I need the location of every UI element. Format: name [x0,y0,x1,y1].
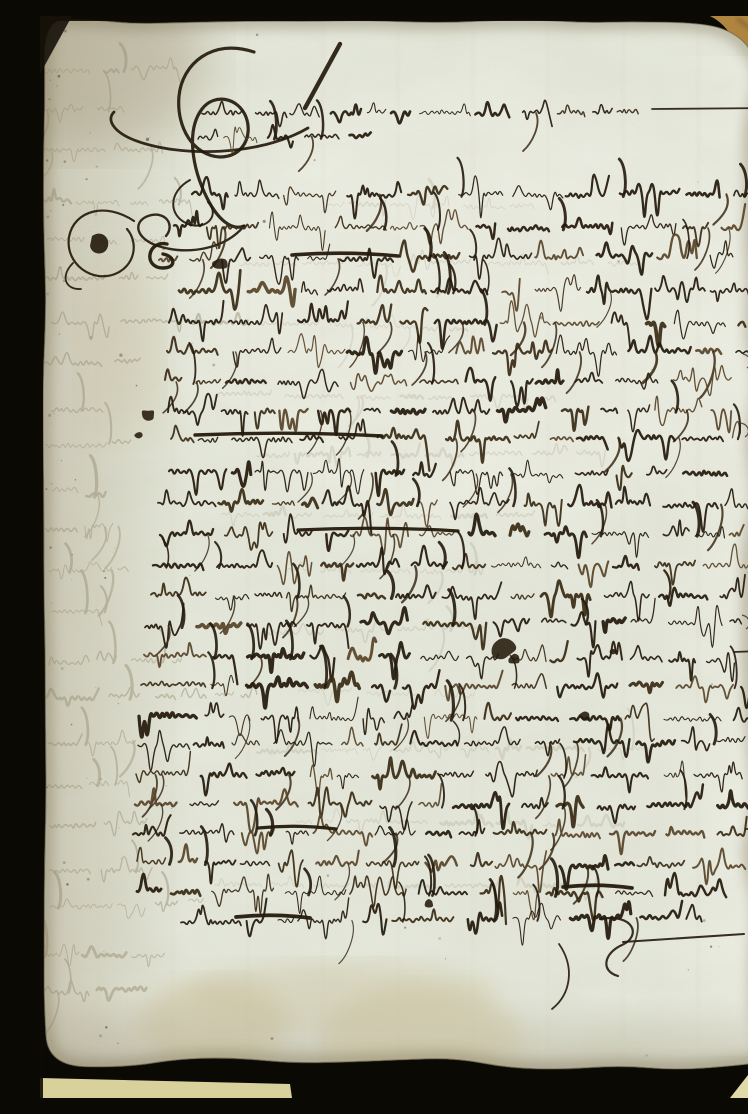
photo-left-edge [40,16,43,1098]
paper-speckle [66,883,69,886]
paper-speckle [71,579,72,580]
paper-speckle [71,724,73,726]
paper-speckle [62,204,64,206]
paper-speckle [263,220,266,223]
paper-speckle [710,946,712,948]
paper-speckle [104,577,106,579]
paper-speckle [136,385,138,387]
paper-speckle [327,874,330,877]
line-end-dash [652,108,748,109]
line-end-dash [734,651,748,652]
paper-speckle [121,858,122,859]
paper-speckle [118,703,119,704]
margin-stain [80,256,160,436]
paper-speckle [64,160,67,163]
paper-speckle [256,33,259,36]
paper-speckle [85,178,87,180]
paper-speckle [87,778,88,779]
paper-speckle [90,336,93,339]
photo-top-edge [40,16,650,21]
paper-speckle [314,159,316,161]
paper-speckle [166,785,168,787]
paraph-blob [90,234,108,254]
paper-speckle [368,567,369,568]
paper-speckle [60,267,61,268]
paper-speckle [210,713,211,714]
paper-speckle [445,958,446,959]
paper-speckle [57,75,60,78]
manuscript-scene [40,16,748,1098]
paper-speckle [617,260,620,263]
paper-speckle [96,165,98,167]
paper-speckle [75,479,77,481]
paper-speckle [61,667,64,670]
paper-speckle [703,919,706,922]
paper-speckle [119,827,120,828]
paper-speckle [87,878,90,881]
paper-inner [40,16,748,1098]
paper-speckle [100,778,102,780]
paper-speckle [114,547,115,548]
paper-speckle [105,1026,107,1028]
paper-speckle [90,231,91,232]
paper-speckle [103,570,105,572]
paper-speckle [99,1034,102,1037]
paper-speckle [59,334,60,335]
paper-speckle [212,364,215,367]
paper-sheet [40,16,748,1098]
paper-speckle [51,483,52,484]
paper-speckle [95,687,96,688]
paper-speckle [61,460,62,461]
paper-speckle [646,1054,648,1056]
manuscript-photo: mil cinq cens,vingtz dix huict apres mid… [40,16,748,1098]
paper-speckle [171,808,172,809]
paper-speckle [688,969,689,970]
paper-speckle [117,1043,118,1044]
paper-speckle [438,937,441,940]
paper-speckle [68,322,69,323]
paper-speckle [697,181,699,183]
paper-speckle [119,354,122,357]
paper-speckle [651,369,652,370]
paper-speckle [103,951,104,952]
paper-speckle [271,1037,274,1040]
paper-speckle [63,861,66,864]
paper-speckle [90,132,91,133]
paper-speckle [146,138,149,141]
paper-speckle [189,575,190,576]
paper-speckle [64,30,67,33]
paper-speckle [404,927,406,929]
paper-speckle [56,86,57,87]
water-stain [180,962,500,1026]
paper-speckle [718,946,719,947]
paper-speckle [53,413,55,415]
paper-speckle [149,137,150,138]
paper-speckle [72,554,73,555]
